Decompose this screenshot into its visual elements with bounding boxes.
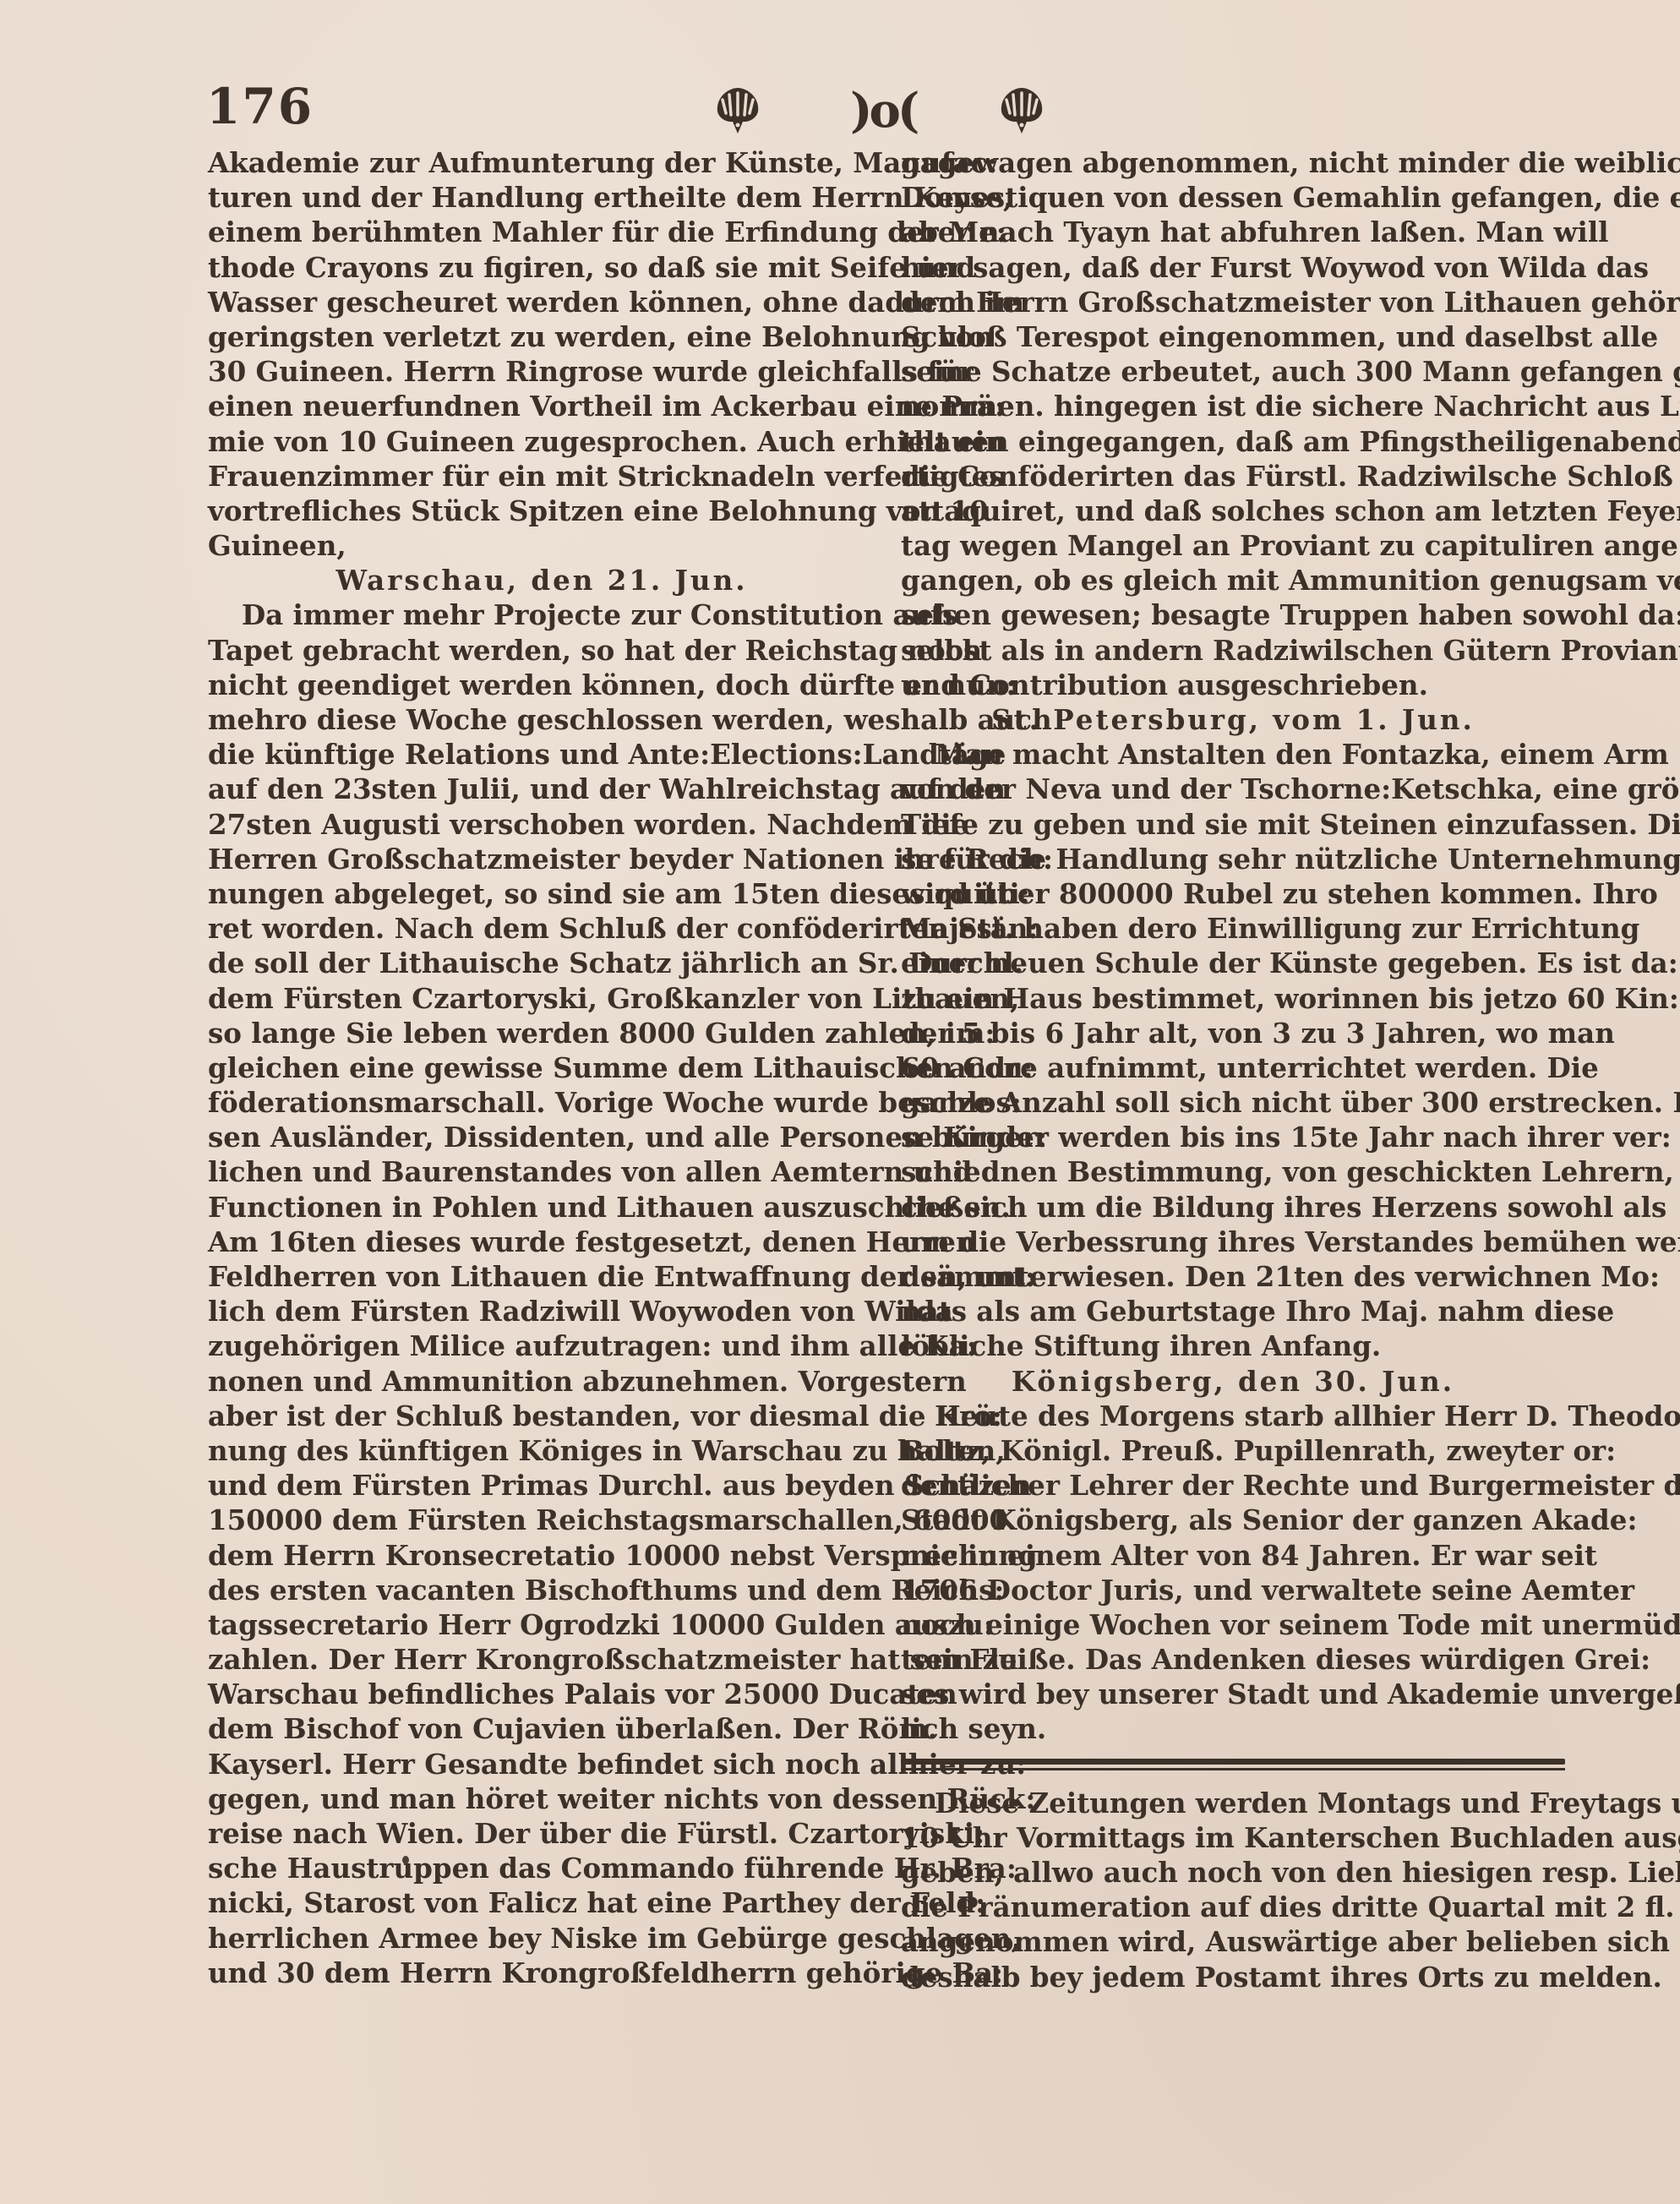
text-line: Majest. haben dero Einwilligung zur Erri… [901, 911, 1565, 946]
text-line: und Contribution ausgeschrieben. [901, 668, 1565, 702]
text-line: Man macht Anstalten den Fontazka, einem … [901, 737, 1565, 772]
text-line: mehro diese Woche geschlossen werden, we… [208, 702, 875, 737]
text-line: ganze Anzahl soll sich nicht über 300 er… [901, 1085, 1565, 1120]
text-line: gegen, und man höret weiter nichts von d… [208, 1781, 875, 1816]
section-divider-rule [901, 1750, 1565, 1781]
text-line: schiednen Bestimmung, von geschickten Le… [901, 1154, 1565, 1189]
dateline-koenigsberg: Königsberg, den 30. Jun. [901, 1364, 1565, 1399]
text-line: zugehörigen Milice aufzutragen: und ihm … [208, 1328, 875, 1363]
text-line: die Conföderirten das Fürstl. Radziwilsc… [901, 459, 1565, 494]
right-column: gagewagen abgenommen, nicht minder die w… [901, 145, 1565, 1994]
text-line: lichen und Baurenstandes von allen Aemte… [208, 1154, 875, 1189]
text-line: angenommen wird, Auswärtige aber beliebe… [901, 1924, 1565, 1959]
text-line: Tapet gebracht werden, so hat der Reichs… [208, 633, 875, 668]
text-line: tagssecretario Herr Ogrodzki 10000 Gulde… [208, 1607, 875, 1642]
text-line: um die Verbessrung ihres Verstandes bemü… [901, 1225, 1565, 1259]
text-line: die künftige Relations und Ante:Election… [208, 737, 875, 772]
text-line: selbst als in andern Radziwilschen Güter… [901, 633, 1565, 668]
text-line: Wasser gescheuret werden können, ohne da… [208, 285, 875, 319]
text-line: 1706 Doctor Juris, und verwaltete seine … [901, 1573, 1565, 1607]
text-line: dem Herrn Großschatzmeister von Lithauen… [901, 285, 1565, 319]
text-line: Herren Großschatzmeister beyder Nationen… [208, 842, 875, 876]
page-number: 176 [206, 78, 314, 135]
text-line: nicht geendiget werden können, doch dürf… [208, 668, 875, 702]
text-line: vortrefliches Stück Spitzen eine Belohnu… [208, 494, 875, 528]
text-line: hier sagen, daß der Furst Woywod von Wil… [901, 250, 1565, 285]
divider-thin-line [901, 1768, 1565, 1770]
text-line: sche Haustruppen das Commando führende H… [208, 1851, 875, 1885]
london-continuation: Akademie zur Aufmunterung der Künste, Ma… [208, 145, 875, 563]
text-line: der 5 bis 6 Jahr alt, von 3 zu 3 Jahren,… [901, 1016, 1565, 1050]
text-line: de soll der Lithauische Schatz jährlich … [208, 946, 875, 980]
text-line: Domestiquen von dessen Gemahlin gefangen… [901, 180, 1565, 215]
text-line: Frauenzimmer für ein mit Stricknadeln ve… [208, 459, 875, 494]
text-line: reise nach Wien. Der über die Fürstl. Cz… [208, 1816, 875, 1851]
text-line: 10 Uhr Vormittags im Kanterschen Buchlad… [901, 1820, 1565, 1855]
text-line: lich seyn. [901, 1711, 1565, 1746]
text-line: einen neuerfundnen Vortheil im Ackerbau … [208, 389, 875, 423]
text-line: attaquiret, und daß solches schon am let… [901, 494, 1565, 528]
text-line: nungen abgeleget, so sind sie am 15ten d… [208, 876, 875, 911]
text-line: mie in einem Alter von 84 Jahren. Er war… [901, 1538, 1565, 1573]
text-line: sen Ausländer, Dissidenten, und alle Per… [208, 1120, 875, 1154]
text-line: 150000 dem Fürsten Reichstagsmarschallen… [208, 1503, 875, 1537]
text-line: Boltz, Königl. Preuß. Pupillenrath, zwey… [901, 1433, 1565, 1468]
text-line: Heute des Morgens starb allhier Herr D. … [901, 1399, 1565, 1433]
text-line: Functionen in Pohlen und Lithauen auszus… [208, 1190, 875, 1225]
text-line: nonen und Ammunition abzunehmen. Vorgest… [208, 1364, 875, 1399]
text-line: föderationsmarschall. Vorige Woche wurde… [208, 1085, 875, 1120]
text-line: thauen eingegangen, daß am Pfingstheilig… [901, 424, 1565, 459]
text-line: wird über 800000 Rubel zu stehen kommen.… [901, 876, 1565, 911]
text-line: 27sten Augusti verschoben worden. Nachde… [208, 807, 875, 842]
text-line: tem Fleiße. Das Andenken dieses würdigen… [901, 1642, 1565, 1677]
text-line: seine Schatze erbeutet, auch 300 Mann ge… [901, 354, 1565, 389]
text-line: Guineen, [208, 528, 875, 563]
article-warschau: Da immer mehr Projecte zur Constitution … [208, 597, 875, 1990]
text-line: und 30 dem Herrn Krongroßfeldherrn gehör… [208, 1956, 875, 1990]
text-line: Tiefe zu geben und sie mit Steinen einzu… [901, 807, 1565, 842]
text-line: noch einige Wochen vor seinem Tode mit u… [901, 1607, 1565, 1642]
text-line: nung des künftigen Königes in Warschau z… [208, 1433, 875, 1468]
text-line: einer neuen Schule der Künste gegeben. E… [901, 946, 1565, 980]
text-line: von der Neva und der Tschorne:Ketschka, … [901, 772, 1565, 806]
text-line: so lange Sie leben werden 8000 Gulden za… [208, 1016, 875, 1050]
left-column: Akademie zur Aufmunterung der Künste, Ma… [208, 145, 875, 1990]
text-line: Feldherren von Lithauen die Entwaffnung … [208, 1259, 875, 1294]
text-line: nats als am Geburtstage Ihro Maj. nahm d… [901, 1294, 1565, 1328]
text-line: Am 16ten dieses wurde festgesetzt, denen… [208, 1225, 875, 1259]
text-line: dem Bischof von Cujavien überlaßen. Der … [208, 1711, 875, 1746]
ink-speck [402, 1856, 409, 1864]
dateline-warschau: Warschau, den 21. Jun. [208, 563, 875, 597]
text-line: lich dem Fürsten Radziwill Woywoden von … [208, 1294, 875, 1328]
text-line: tag wegen Mangel an Proviant zu capituli… [901, 528, 1565, 563]
text-line: Akademie zur Aufmunterung der Künste, Ma… [208, 145, 875, 180]
text-line: Diese Zeitungen werden Montags und Freyt… [901, 1786, 1565, 1820]
text-line: che sich um die Bildung ihres Herzens so… [901, 1190, 1565, 1225]
text-line: den, unterwiesen. Den 21ten des verwichn… [901, 1259, 1565, 1294]
center-ornament: )o( [850, 83, 916, 139]
text-line: Stadt Königsberg, als Senior der ganzen … [901, 1503, 1565, 1537]
text-line: aber nach Tyayn hat abfuhren laßen. Man … [901, 215, 1565, 249]
dateline-petersburg: St. Petersburg, vom 1. Jun. [901, 702, 1565, 737]
text-line: Warschau befindliches Palais vor 25000 D… [208, 1677, 875, 1711]
text-line: zu ein Haus bestimmet, worinnen bis jetz… [901, 981, 1565, 1016]
text-line: ses wird bey unserer Stadt und Akademie … [901, 1677, 1565, 1711]
article-petersburg: Man macht Anstalten den Fontazka, einem … [901, 737, 1565, 1363]
text-line: sehen gewesen; besagte Truppen haben sow… [901, 597, 1565, 632]
text-line: geben, allwo auch noch von den hiesigen … [901, 1855, 1565, 1890]
text-line: des ersten vacanten Bischofthums und dem… [208, 1573, 875, 1607]
shell-ornament-icon [996, 86, 1047, 135]
text-line: mie von 10 Guineen zugesprochen. Auch er… [208, 424, 875, 459]
text-line: und dem Fürsten Primas Durchl. aus beyde… [208, 1468, 875, 1503]
text-line: nommen. hingegen ist die sichere Nachric… [901, 389, 1565, 423]
text-line: löbliche Stiftung ihren Anfang. [901, 1328, 1565, 1363]
text-line: dem Fürsten Czartoryski, Großkanzler von… [208, 981, 875, 1016]
text-line: 30 Guineen. Herrn Ringrose wurde gleichf… [208, 354, 875, 389]
text-line: ret worden. Nach dem Schluß der conföder… [208, 911, 875, 946]
text-line: Schloß Terespot eingenommen, und daselbs… [901, 319, 1565, 354]
text-line: zahlen. Der Herr Krongroßschatzmeister h… [208, 1642, 875, 1677]
text-line: gangen, ob es gleich mit Ammunition genu… [901, 563, 1565, 597]
text-line: se Kinder werden bis ins 15te Jahr nach … [901, 1120, 1565, 1154]
divider-thick-line [901, 1759, 1565, 1765]
text-line: auf den 23sten Julii, und der Wahlreichs… [208, 772, 875, 806]
text-line: thode Crayons zu figiren, so daß sie mit… [208, 250, 875, 285]
article-koenigsberg: Heute des Morgens starb allhier Herr D. … [901, 1399, 1565, 1747]
text-line: die Pränumeration auf dies dritte Quarta… [901, 1890, 1565, 1924]
text-line: gleichen eine gewisse Summe dem Lithauis… [208, 1050, 875, 1085]
text-line: Kayserl. Herr Gesandte befindet sich noc… [208, 1747, 875, 1781]
shell-ornament-icon [712, 86, 763, 135]
text-line: Da immer mehr Projecte zur Constitution … [208, 597, 875, 632]
text-line: dentlicher Lehrer der Rechte und Burgerm… [901, 1468, 1565, 1503]
text-line: herrlichen Armee bey Niske im Gebürge ge… [208, 1921, 875, 1956]
text-line: geringsten verletzt zu werden, eine Belo… [208, 319, 875, 354]
text-line: einem berühmten Mahler für die Erfindung… [208, 215, 875, 249]
text-line: gagewagen abgenommen, nicht minder die w… [901, 145, 1565, 180]
text-line: turen und der Handlung ertheilte dem Her… [208, 180, 875, 215]
text-line: 60 andre aufnimmt, unterrichtet werden. … [901, 1050, 1565, 1085]
warschau-continuation: gagewagen abgenommen, nicht minder die w… [901, 145, 1565, 702]
page-header: 176 )o( [199, 78, 1577, 154]
text-line: se für die Handlung sehr nützliche Unter… [901, 842, 1565, 876]
text-line: dem Herrn Kronsecretatio 10000 nebst Ver… [208, 1538, 875, 1573]
text-line: nicki, Starost von Falicz hat eine Parth… [208, 1885, 875, 1920]
text-line: aber ist der Schluß bestanden, vor diesm… [208, 1399, 875, 1433]
text-line: deshalb bey jedem Postamt ihres Orts zu … [901, 1960, 1565, 1994]
publication-notice: Diese Zeitungen werden Montags und Freyt… [901, 1786, 1565, 1994]
